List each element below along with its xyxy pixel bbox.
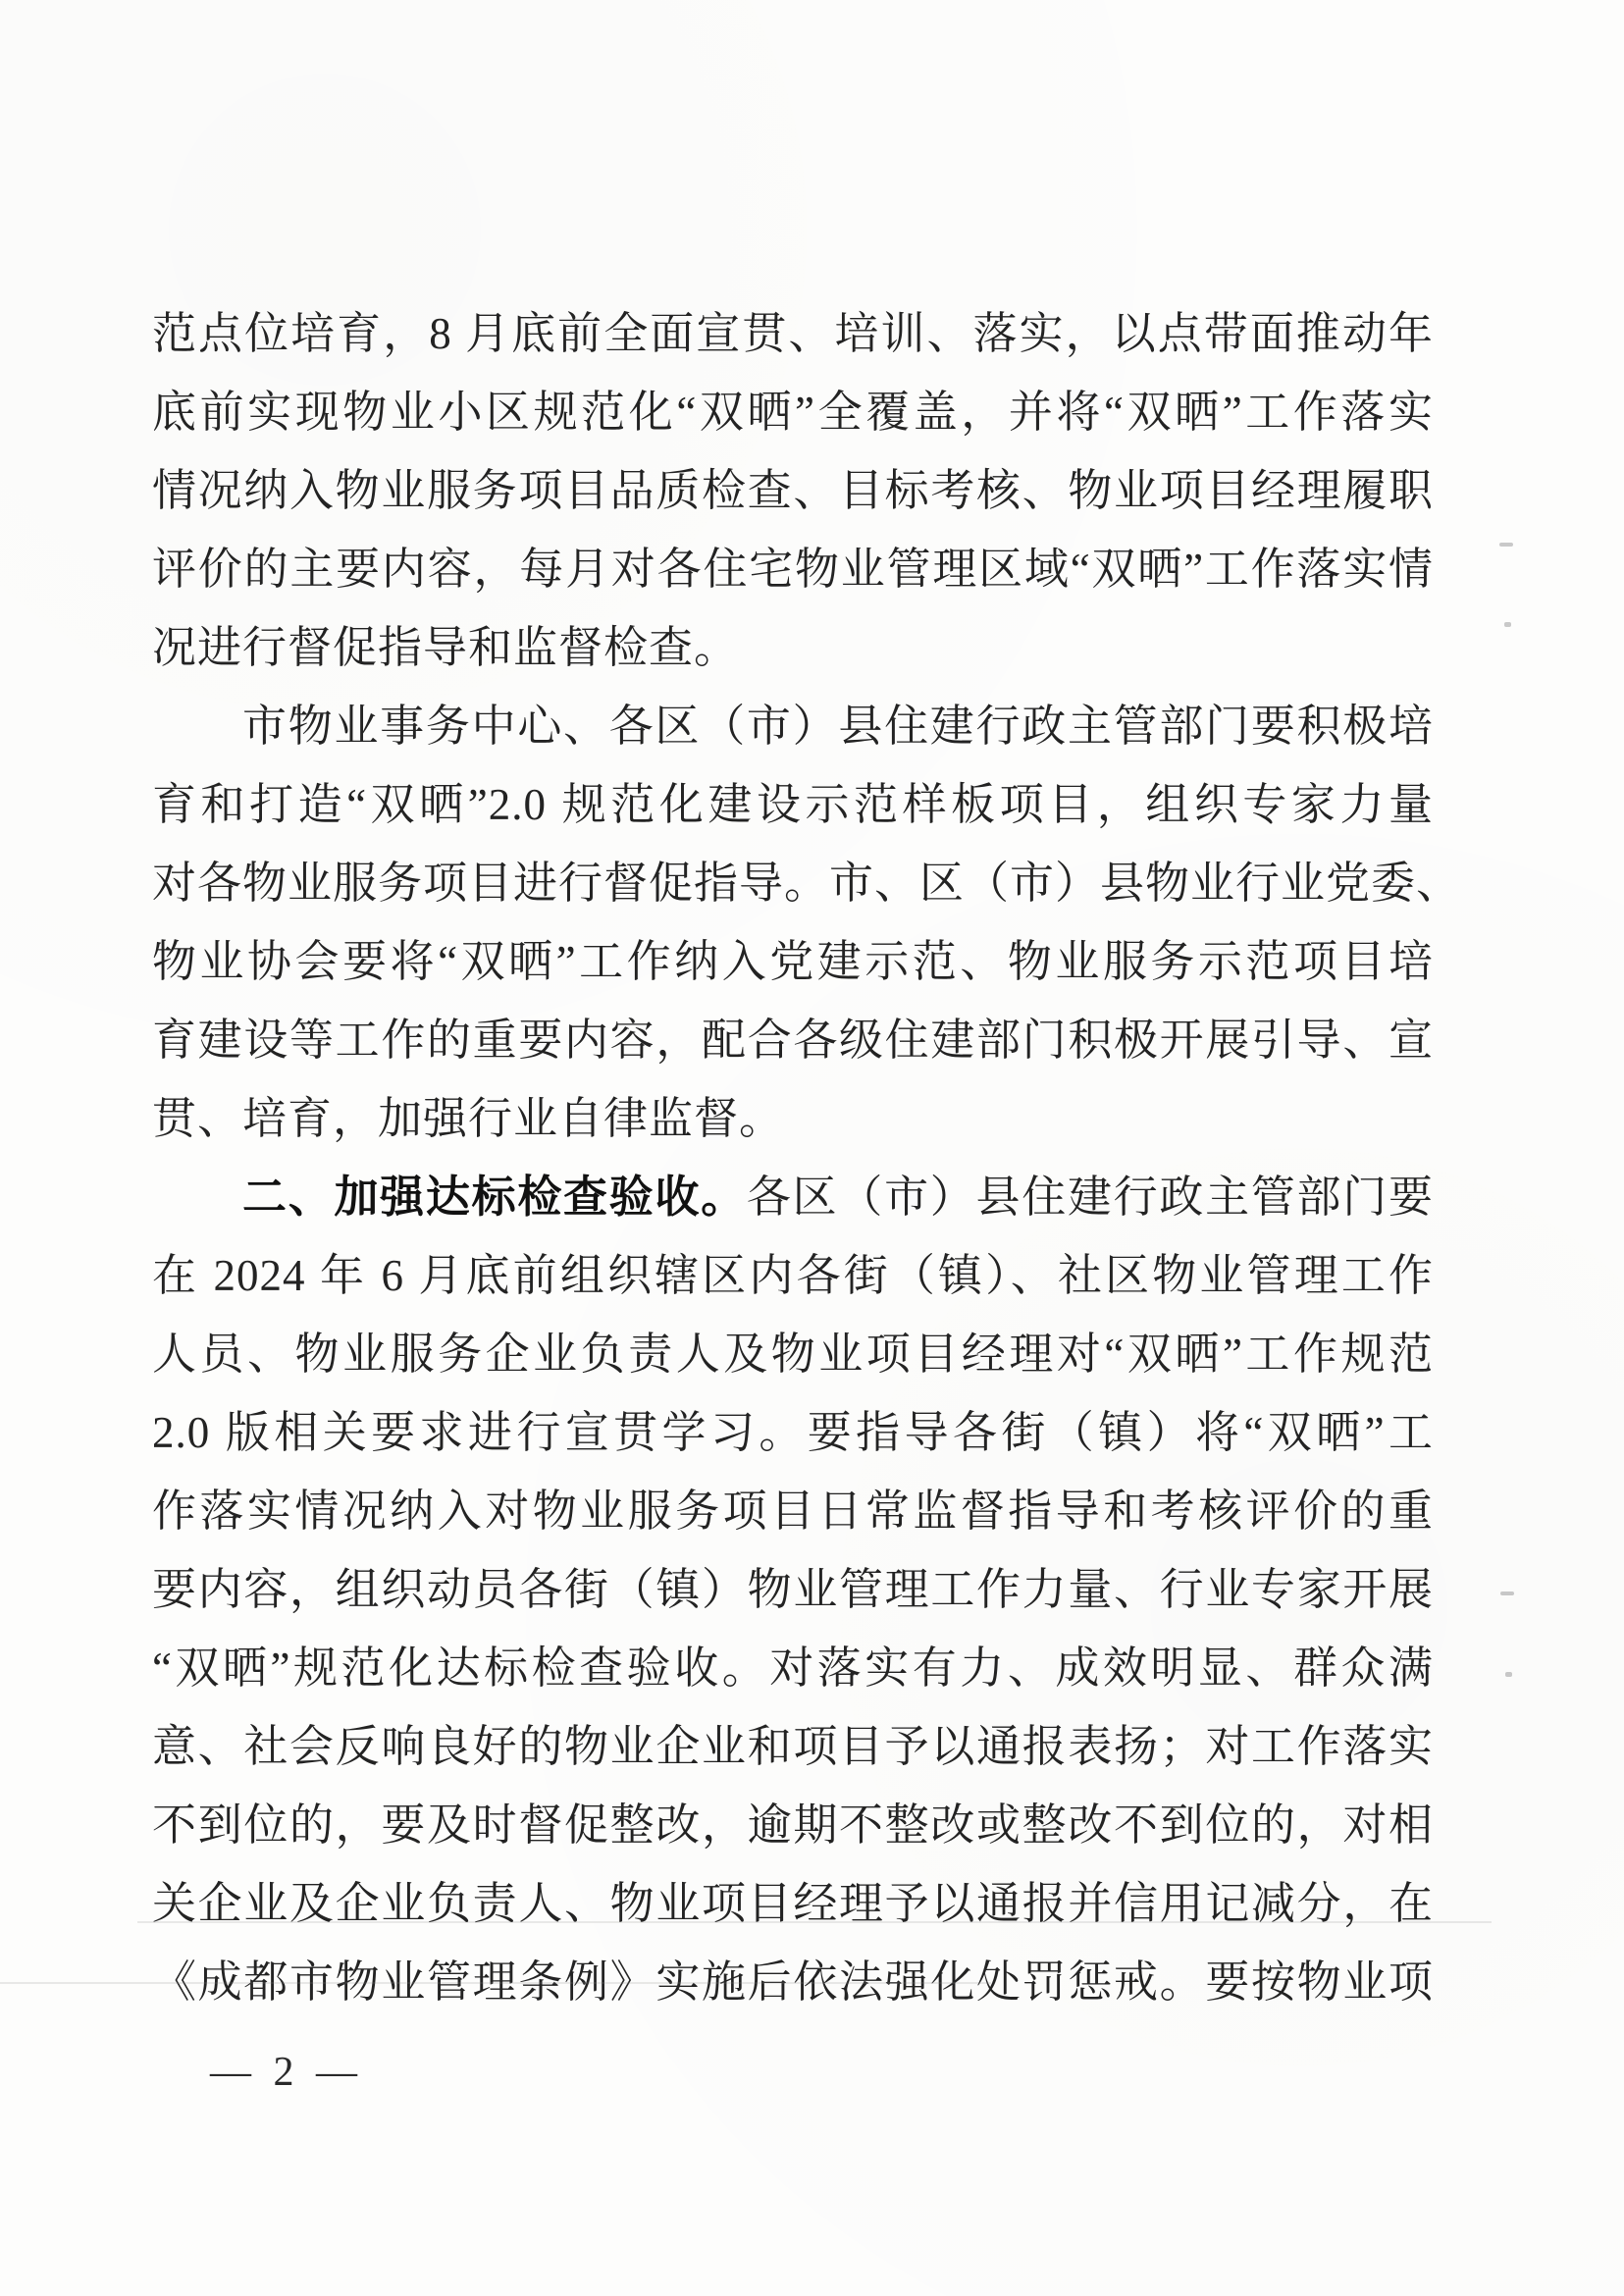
- document-page: 范点位培育，8 月底前全面宣贯、培训、落实，以点带面推动年 底前实现物业小区规范…: [0, 0, 1624, 2296]
- text-line: 要内容，组织动员各街（镇）物业管理工作力量、行业专家开展: [152, 1550, 1434, 1629]
- paragraph-1: 范点位培育，8 月底前全面宣贯、培训、落实，以点带面推动年 底前实现物业小区规范…: [152, 294, 1434, 687]
- section-heading-rest: 各区（市）县住建行政主管部门要: [747, 1173, 1434, 1222]
- text-line: 评价的主要内容，每月对各住宅物业管理区域“双晒”工作落实情: [152, 530, 1434, 608]
- text-line: 育和打造“双晒”2.0 规范化建设示范样板项目，组织专家力量: [152, 765, 1434, 844]
- text-line: 2.0 版相关要求进行宣贯学习。要指导各街（镇）将“双晒”工: [152, 1393, 1434, 1472]
- text-line: 在 2024 年 6 月底前组织辖区内各街（镇）、社区物业管理工作: [152, 1236, 1434, 1315]
- scan-artifact: [1500, 1592, 1514, 1595]
- scan-artifact: [1505, 1672, 1512, 1677]
- text-line: 市物业事务中心、各区（市）县住建行政主管部门要积极培: [152, 687, 1434, 765]
- text-line: 贯、培育，加强行业自律监督。: [152, 1079, 1434, 1158]
- text-line: 人员、物业服务企业负责人及物业项目经理对“双晒”工作规范: [152, 1315, 1434, 1393]
- text-line: 对各物业服务项目进行督促指导。市、区（市）县物业行业党委、: [152, 844, 1434, 922]
- text-line: 关企业及企业负责人、物业项目经理予以通报并信用记减分，在: [152, 1864, 1434, 1943]
- document-body: 范点位培育，8 月底前全面宣贯、培训、落实，以点带面推动年 底前实现物业小区规范…: [152, 294, 1434, 2021]
- paragraph-2: 市物业事务中心、各区（市）县住建行政主管部门要积极培 育和打造“双晒”2.0 规…: [152, 687, 1434, 1158]
- scan-artifact: [1499, 543, 1513, 547]
- section-heading-line: 二、加强达标检查验收。各区（市）县住建行政主管部门要: [152, 1158, 1434, 1236]
- text-line: 情况纳入物业服务项目品质检查、目标考核、物业项目经理履职: [152, 451, 1434, 530]
- scan-artifact: [1504, 622, 1511, 627]
- text-line: 底前实现物业小区规范化“双晒”全覆盖，并将“双晒”工作落实: [152, 373, 1434, 451]
- page-number: — 2 —: [210, 2043, 363, 2102]
- text-line: 不到位的，要及时督促整改，逾期不整改或整改不到位的，对相: [152, 1786, 1434, 1864]
- text-line: 育建设等工作的重要内容，配合各级住建部门积极开展引导、宣: [152, 1001, 1434, 1079]
- text-line: 范点位培育，8 月底前全面宣贯、培训、落实，以点带面推动年: [152, 294, 1434, 373]
- paragraph-3: 二、加强达标检查验收。各区（市）县住建行政主管部门要 在 2024 年 6 月底…: [152, 1158, 1434, 2021]
- text-line: 物业协会要将“双晒”工作纳入党建示范、物业服务示范项目培: [152, 922, 1434, 1001]
- text-line: 《成都市物业管理条例》实施后依法强化处罚惩戒。要按物业项: [152, 1943, 1434, 2021]
- text-line: 作落实情况纳入对物业服务项目日常监督指导和考核评价的重: [152, 1472, 1434, 1550]
- text-line: 意、社会反响良好的物业企业和项目予以通报表扬；对工作落实: [152, 1707, 1434, 1786]
- text-line: 况进行督促指导和监督检查。: [152, 608, 1434, 687]
- text-line: “双晒”规范化达标检查验收。对落实有力、成效明显、群众满: [152, 1629, 1434, 1707]
- section-heading: 二、加强达标检查验收。: [242, 1172, 747, 1222]
